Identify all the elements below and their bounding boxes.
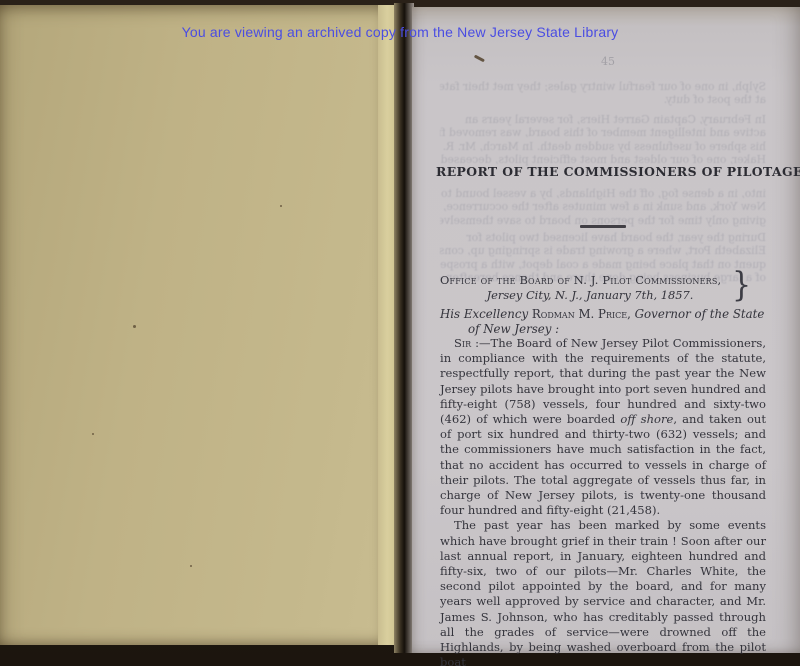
ink-mark — [474, 55, 485, 62]
paper-speck — [133, 325, 136, 328]
body-paragraph-1: Sir :—The Board of New Jersey Pilot Comm… — [440, 336, 766, 518]
office-heading-brace: } — [732, 266, 751, 305]
page-number: 45 — [588, 55, 628, 68]
book-gutter-shadow — [394, 3, 414, 653]
bleedthrough-text: into, in a dense fog, off the Highlands,… — [440, 187, 766, 227]
salutation-line: His Excellency Rodman M. Price, Governor… — [440, 307, 770, 337]
report-body: Sir :—The Board of New Jersey Pilot Comm… — [440, 336, 766, 666]
office-heading-line2: Jersey City, N. J., January 7th, 1857. — [440, 288, 740, 303]
bleedthrough-text: Sylph, in one of our fearful wintry gale… — [440, 80, 766, 107]
page-edge — [378, 5, 395, 645]
book-scan: 45 Sylph, in one of our fearful wintry g… — [0, 0, 800, 666]
section-divider-rule — [580, 225, 626, 228]
office-heading: Office of the Board of N. J. Pilot Commi… — [440, 273, 740, 302]
report-title: REPORT OF THE COMMISSIONERS OF PILOTAGE. — [436, 164, 770, 179]
bleedthrough-text: In February, Captain Garret Hiers, for s… — [440, 113, 766, 167]
paper-speck — [92, 433, 94, 435]
office-heading-line1: Office of the Board of N. J. Pilot Commi… — [440, 273, 740, 288]
archive-watermark: You are viewing an archived copy from th… — [0, 24, 800, 40]
paper-speck — [190, 565, 192, 567]
left-blank-page — [0, 5, 380, 645]
body-paragraph-2: The past year has been marked by some ev… — [440, 518, 766, 666]
report-page: 45 Sylph, in one of our fearful wintry g… — [412, 7, 800, 653]
paper-speck — [280, 205, 282, 207]
